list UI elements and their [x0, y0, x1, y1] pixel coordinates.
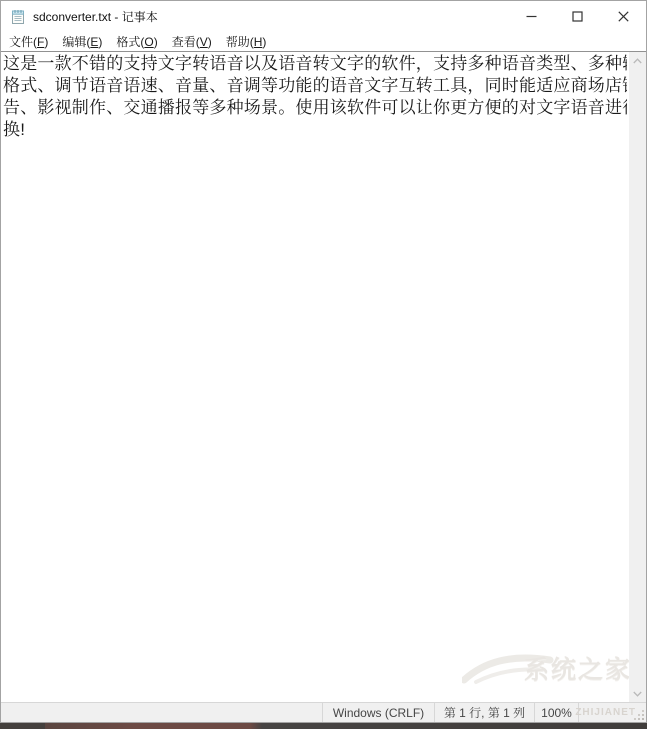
- menu-bar: 文件(F) 编辑(E) 格式(O) 查看(V) 帮助(H): [1, 32, 646, 51]
- watermark-brand: 系统之家: [524, 650, 632, 686]
- status-bar: Windows (CRLF) 第 1 行, 第 1 列 100% ZHIJIAN…: [1, 702, 646, 722]
- text-line-3: 告、影视制作、交通播报等多种场景。使用该软件可以让你更方便的对文字语音进行转: [3, 97, 627, 119]
- menu-help[interactable]: 帮助(H): [219, 32, 274, 52]
- vertical-scrollbar[interactable]: [629, 52, 646, 702]
- status-end-section: ZHIJIANET: [579, 703, 646, 722]
- status-message-area: [1, 703, 323, 722]
- text-line-2: 格式、调节语音语速、音量、音调等功能的语音文字互转工具，同时能适应商场店铺广: [3, 75, 627, 97]
- scroll-down-button[interactable]: [629, 685, 646, 702]
- menu-view[interactable]: 查看(V): [165, 32, 219, 52]
- menu-file[interactable]: 文件(F): [2, 32, 55, 52]
- titlebar[interactable]: sdconverter.txt - 记事本: [1, 1, 646, 32]
- screenshot-page: sdconverter.txt - 记事本: [0, 0, 647, 729]
- minimize-icon: [526, 11, 537, 22]
- maximize-button[interactable]: [554, 1, 600, 32]
- close-icon: [618, 11, 629, 22]
- watermark-domain: ZHIJIANET: [575, 707, 636, 718]
- text-line-1: 这是一款不错的支持文字转语音以及语音转文字的软件，支持多种语音类型、多种输出: [3, 53, 627, 75]
- scroll-down-icon: [633, 691, 642, 697]
- status-zoom-level: 100%: [535, 703, 579, 722]
- text-editor[interactable]: 这是一款不错的支持文字转语音以及语音转文字的软件，支持多种语音类型、多种输出 格…: [1, 51, 646, 702]
- text-line-4: 换!: [3, 119, 627, 141]
- watermark-swoosh-icon: [462, 648, 554, 688]
- status-cursor-position: 第 1 行, 第 1 列: [435, 703, 535, 722]
- minimize-button[interactable]: [508, 1, 554, 32]
- close-button[interactable]: [600, 1, 646, 32]
- menu-edit[interactable]: 编辑(E): [55, 32, 109, 52]
- resize-grip-icon[interactable]: [632, 708, 645, 721]
- menu-format[interactable]: 格式(O): [109, 32, 164, 52]
- window-controls: [508, 1, 646, 32]
- status-line-ending: Windows (CRLF): [323, 703, 435, 722]
- page-background-strip: [0, 723, 647, 729]
- window-title: sdconverter.txt - 记事本: [33, 8, 158, 25]
- notepad-app-icon: [10, 9, 26, 25]
- notepad-window: sdconverter.txt - 记事本: [0, 0, 647, 723]
- maximize-icon: [572, 11, 583, 22]
- document-text: 这是一款不错的支持文字转语音以及语音转文字的软件，支持多种语音类型、多种输出 格…: [1, 52, 629, 141]
- scroll-up-button[interactable]: [629, 52, 646, 69]
- scroll-up-icon: [633, 58, 642, 64]
